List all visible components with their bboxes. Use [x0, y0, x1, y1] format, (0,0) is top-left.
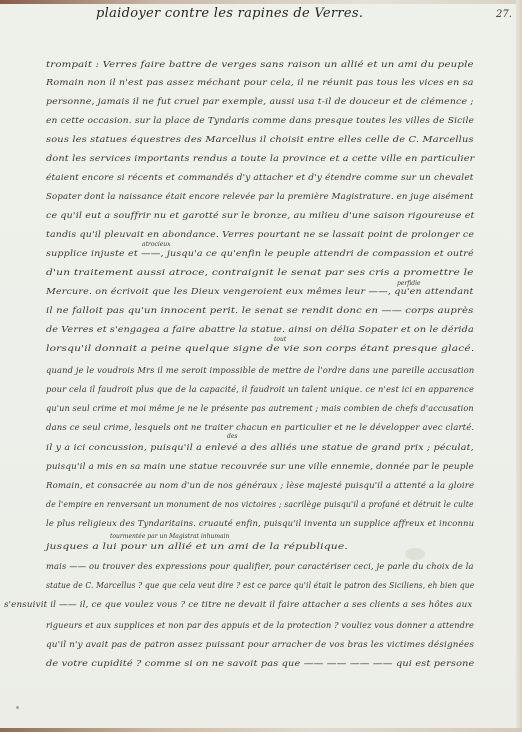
manuscript-line: le plus religieux des Tyndaritains. crua…	[46, 519, 474, 529]
manuscript-line: tandis qu'il pleuvait en abondance. Verr…	[46, 230, 474, 240]
manuscript-line: il ne falloit pas qu'un innocent perit. …	[46, 306, 473, 316]
manuscript-line: rigueurs et aux supplices et non par des…	[46, 621, 474, 631]
interlinear-insertion: atrocieux	[142, 241, 171, 248]
manuscript-line: dans ce seul crime, lesquels ont ne trai…	[46, 423, 474, 433]
manuscript-line: qu'un seul crime et moi même je ne le pr…	[46, 404, 474, 414]
manuscript-line: de Verres et s'engagea a faire abattre l…	[46, 325, 474, 335]
manuscript-line: mais —— ou trouver des expressions pour …	[46, 562, 474, 572]
manuscript-body: trompait : Verres faire battre de verges…	[0, 0, 522, 732]
manuscript-line: quand je le voudrois Mrs il me seroit im…	[46, 366, 474, 376]
manuscript-line: puisqu'il a mis en sa main une statue re…	[46, 462, 474, 472]
interlinear-insertion: perfidie	[397, 280, 421, 287]
manuscript-line: personne, jamais il ne fut cruel par exe…	[46, 97, 474, 107]
manuscript-line: en cette occasion. sur la place de Tynda…	[46, 116, 474, 126]
manuscript-line: de votre cupidité ? comme si on ne savoi…	[46, 659, 474, 669]
manuscript-line: Sopater dont la naissance était encore r…	[46, 192, 474, 202]
manuscript-line: statue de C. Marcellus ? que que cela ve…	[46, 581, 474, 591]
manuscript-line: trompait : Verres faire battre de verges…	[46, 60, 474, 70]
manuscript-line: pour cela il faudroit plus que de la cap…	[46, 385, 474, 395]
manuscript-line: Mercure. on écrivoit que les Dieux venge…	[46, 287, 474, 297]
manuscript-line: d'un traitement aussi atroce, contraigni…	[46, 268, 474, 278]
manuscript-line: s'ensuivit il —— il, ce que voulez vous …	[4, 600, 472, 610]
manuscript-line: Romain, et consacrée au nom d'un de nos …	[46, 481, 474, 491]
manuscript-line: jusques a lui pour un allié et un ami de…	[46, 542, 348, 552]
manuscript-line: de l'empire en renversant un monument de…	[46, 500, 474, 510]
manuscript-line: ce qu'il eut a souffrir nu et garotté su…	[46, 211, 475, 221]
manuscript-line: étaient encore si récents et commandés d…	[46, 173, 474, 183]
interlinear-insertion: tourmentée par un Magistrat inhumain	[110, 533, 229, 540]
manuscript-line: lorsqu'il donnait a peine quelque signe …	[46, 344, 474, 354]
interlinear-insertion: tout	[274, 336, 286, 343]
manuscript-line: il y a ici concussion, puisqu'il a enlev…	[46, 443, 474, 453]
interlinear-insertion: des	[227, 433, 237, 440]
manuscript-line: supplice injuste et ——, jusqu'a ce qu'en…	[46, 249, 474, 259]
manuscript-line: qu'il n'y avait pas de patron assez puis…	[46, 640, 474, 650]
manuscript-line: sous les statues équestres des Marcellus…	[46, 135, 474, 145]
manuscript-line: dont les services importants rendus a to…	[46, 154, 474, 164]
manuscript-page: plaidoyer contre les rapines de Verres. …	[0, 0, 522, 732]
manuscript-line: Romain non il n'est pas assez méchant po…	[46, 78, 474, 88]
